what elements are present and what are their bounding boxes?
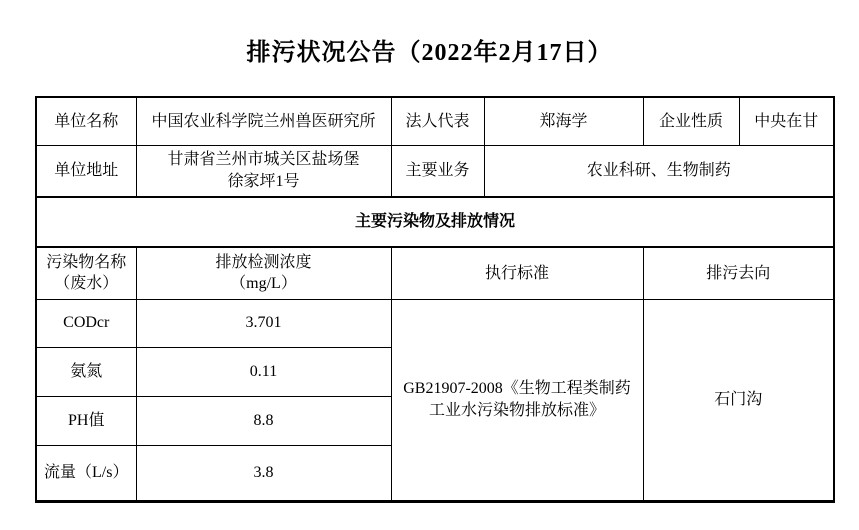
section-header-row: 主要污染物及排放情况 xyxy=(36,197,834,247)
pollutant-name: PH值 xyxy=(36,396,136,445)
section-title: 主要污染物及排放情况 xyxy=(36,197,834,247)
pollutant-value: 3.8 xyxy=(136,445,391,501)
column-header-pollutant: 污染物名称 （废水） xyxy=(36,247,136,299)
pollutant-name: 流量（L/s） xyxy=(36,445,136,501)
enterprise-nature-label: 企业性质 xyxy=(643,97,739,145)
main-business-label: 主要业务 xyxy=(391,145,484,197)
company-address-label: 单位地址 xyxy=(36,145,136,197)
page-title: 排污状况公告（2022年2月17日） xyxy=(0,0,859,69)
company-address-value: 甘肃省兰州市城关区盐场堡 徐家坪1号 xyxy=(136,145,391,197)
enterprise-nature-value: 中央在甘 xyxy=(739,97,834,145)
column-header-concentration: 排放检测浓度 （mg/L） xyxy=(136,247,391,299)
pollutant-row-codcr: CODcr 3.701 GB21907-2008《生物工程类制药 工业水污染物排… xyxy=(36,299,834,347)
company-info-row-1: 单位名称 中国农业科学院兰州兽医研究所 法人代表 郑海学 企业性质 中央在甘 xyxy=(36,97,834,145)
destination-value-cell: 石门沟 xyxy=(643,299,834,501)
column-header-destination: 排污去向 xyxy=(643,247,834,299)
column-header-standard: 执行标准 xyxy=(391,247,643,299)
pollutant-name: 氨氮 xyxy=(36,347,136,396)
pollutant-name: CODcr xyxy=(36,299,136,347)
legal-rep-value: 郑海学 xyxy=(484,97,643,145)
company-name-label: 单位名称 xyxy=(36,97,136,145)
main-business-value: 农业科研、生物制药 xyxy=(484,145,834,197)
standard-value-cell: GB21907-2008《生物工程类制药 工业水污染物排放标准》 xyxy=(391,299,643,501)
announcement-table: 单位名称 中国农业科学院兰州兽医研究所 法人代表 郑海学 企业性质 中央在甘 单… xyxy=(35,96,835,503)
company-name-value: 中国农业科学院兰州兽医研究所 xyxy=(136,97,391,145)
company-info-row-2: 单位地址 甘肃省兰州市城关区盐场堡 徐家坪1号 主要业务 农业科研、生物制药 xyxy=(36,145,834,197)
pollutant-value: 3.701 xyxy=(136,299,391,347)
column-header-row: 污染物名称 （废水） 排放检测浓度 （mg/L） 执行标准 排污去向 xyxy=(36,247,834,299)
pollutant-value: 8.8 xyxy=(136,396,391,445)
legal-rep-label: 法人代表 xyxy=(391,97,484,145)
pollutant-value: 0.11 xyxy=(136,347,391,396)
